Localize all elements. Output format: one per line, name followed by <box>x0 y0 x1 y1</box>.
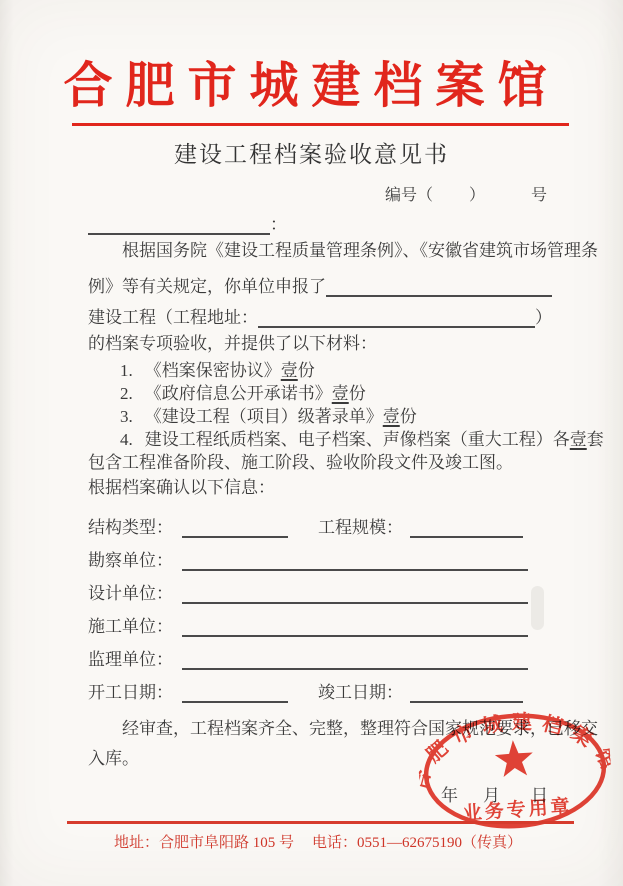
item-text: 《政府信息公开承诺书》 <box>145 384 332 403</box>
material-item-4: 4.建设工程纸质档案、电子档案、声像档案（重大工程）各壹套 <box>88 428 552 451</box>
item-quantity: 壹 <box>570 430 587 449</box>
start-date-blank-field <box>182 683 288 703</box>
project-name-blank-field <box>326 277 552 297</box>
design-unit-blank-field <box>182 584 528 604</box>
survey-unit-blank-field <box>182 551 528 571</box>
intro-paragraph-line2: 例》等有关规定，你单位申报了 <box>88 266 552 297</box>
addressee-blank-field <box>88 215 270 235</box>
start-date-label: 开工日期： <box>88 678 173 703</box>
material-item-3: 3.《建设工程（项目）级著录单》壹份 <box>88 405 552 428</box>
confirm-heading: 根据档案确认以下信息： <box>88 476 552 499</box>
completion-date-label: 竣工日期： <box>318 678 403 703</box>
star-icon <box>494 739 534 778</box>
structure-type-label: 结构类型： <box>88 513 173 538</box>
project-address-label: 建设工程（工程地址： <box>88 303 258 328</box>
serial-prefix: 编号（ <box>385 187 433 204</box>
construction-unit-blank-field <box>182 617 528 637</box>
header-red-rule <box>72 123 569 126</box>
item-quantity: 壹 <box>281 361 298 380</box>
form-fields: 结构类型： 工程规模： 勘察单位： 设计单位： 施工单位： 监理单位： 开工日期… <box>88 505 552 703</box>
design-unit-label: 设计单位： <box>88 579 173 604</box>
field-row-structure-scale: 结构类型： 工程规模： <box>88 505 552 538</box>
item-number: 3. <box>120 405 133 428</box>
footer: 地址：合肥市阜阳路 105 号 电话：0551—62675190（传真） <box>67 831 574 852</box>
survey-unit-label: 勘察单位： <box>88 546 173 571</box>
addressee-colon: ： <box>270 210 287 235</box>
field-row-design: 设计单位： <box>88 571 552 604</box>
serial-suffix: 号 <box>531 187 547 204</box>
field-row-survey: 勘察单位： <box>88 538 552 571</box>
addressee-line: ： <box>88 207 552 235</box>
item-unit: 份 <box>349 384 366 403</box>
project-scale-label: 工程规模： <box>318 513 403 538</box>
item-unit: 套 <box>587 430 604 449</box>
item-number: 2. <box>120 382 133 405</box>
structure-type-blank-field <box>182 518 288 538</box>
footer-phone: 电话：0551—62675190（传真） <box>312 831 522 852</box>
material-item-1: 1.《档案保密协议》壹份 <box>88 359 552 382</box>
item-text: 《档案保密协议》 <box>145 361 281 380</box>
item-quantity: 壹 <box>332 384 349 403</box>
scan-artifact <box>531 586 544 630</box>
organization-title: 合肥市城建档案馆 <box>0 58 623 114</box>
item-quantity: 壹 <box>383 407 400 426</box>
item-number: 1. <box>120 359 133 382</box>
field-row-dates: 开工日期： 竣工日期： <box>88 670 552 703</box>
supervision-unit-blank-field <box>182 650 528 670</box>
footer-address: 地址：合肥市阜阳路 105 号 <box>114 831 294 852</box>
document-title: 建设工程档案验收意见书 <box>0 136 623 169</box>
project-scale-blank-field <box>410 518 523 538</box>
item-text: 建设工程纸质档案、电子档案、声像档案（重大工程）各 <box>145 430 570 449</box>
footer-red-rule <box>67 821 574 824</box>
material-item-2: 2.《政府信息公开承诺书》壹份 <box>88 382 552 405</box>
supervision-unit-label: 监理单位： <box>88 645 173 670</box>
field-row-construction: 施工单位： <box>88 604 552 637</box>
close-paren: ） <box>535 303 552 328</box>
serial-number-line: 编号（）号 <box>88 182 547 205</box>
project-address-blank-field <box>258 308 535 328</box>
item-number: 4. <box>120 428 133 451</box>
item-text: 《建设工程（项目）级著录单》 <box>145 407 383 426</box>
document-body: ： 根据国务院《建设工程质量管理条例》、《安徽省建筑市场管理条 例》等有关规定，… <box>88 207 552 774</box>
intro-paragraph-line1: 根据国务院《建设工程质量管理条例》、《安徽省建筑市场管理条 <box>88 235 552 266</box>
item-unit: 份 <box>298 361 315 380</box>
intro-text-1: 根据国务院《建设工程质量管理条例》、《安徽省建筑市场管理条 <box>122 241 598 260</box>
intro-paragraph-line4: 的档案专项验收，并提供了以下材料： <box>88 328 552 359</box>
field-row-supervision: 监理单位： <box>88 637 552 670</box>
intro-paragraph-line3: 建设工程（工程地址：） <box>88 297 552 328</box>
materials-note: 包含工程准备阶段、施工阶段、验收阶段文件及竣工图。 <box>88 451 552 474</box>
construction-unit-label: 施工单位： <box>88 612 173 637</box>
scanned-document-page: 合肥市城建档案馆 建设工程档案验收意见书 编号（）号 ： 根据国务院《建设工程质… <box>0 0 623 886</box>
official-seal: 合肥市城建档案馆 业务专用章 <box>415 703 615 838</box>
serial-close-paren: ） <box>469 187 485 204</box>
completion-date-blank-field <box>410 683 523 703</box>
intro-text-2: 例》等有关规定，你单位申报了 <box>88 272 326 297</box>
item-unit: 份 <box>400 407 417 426</box>
